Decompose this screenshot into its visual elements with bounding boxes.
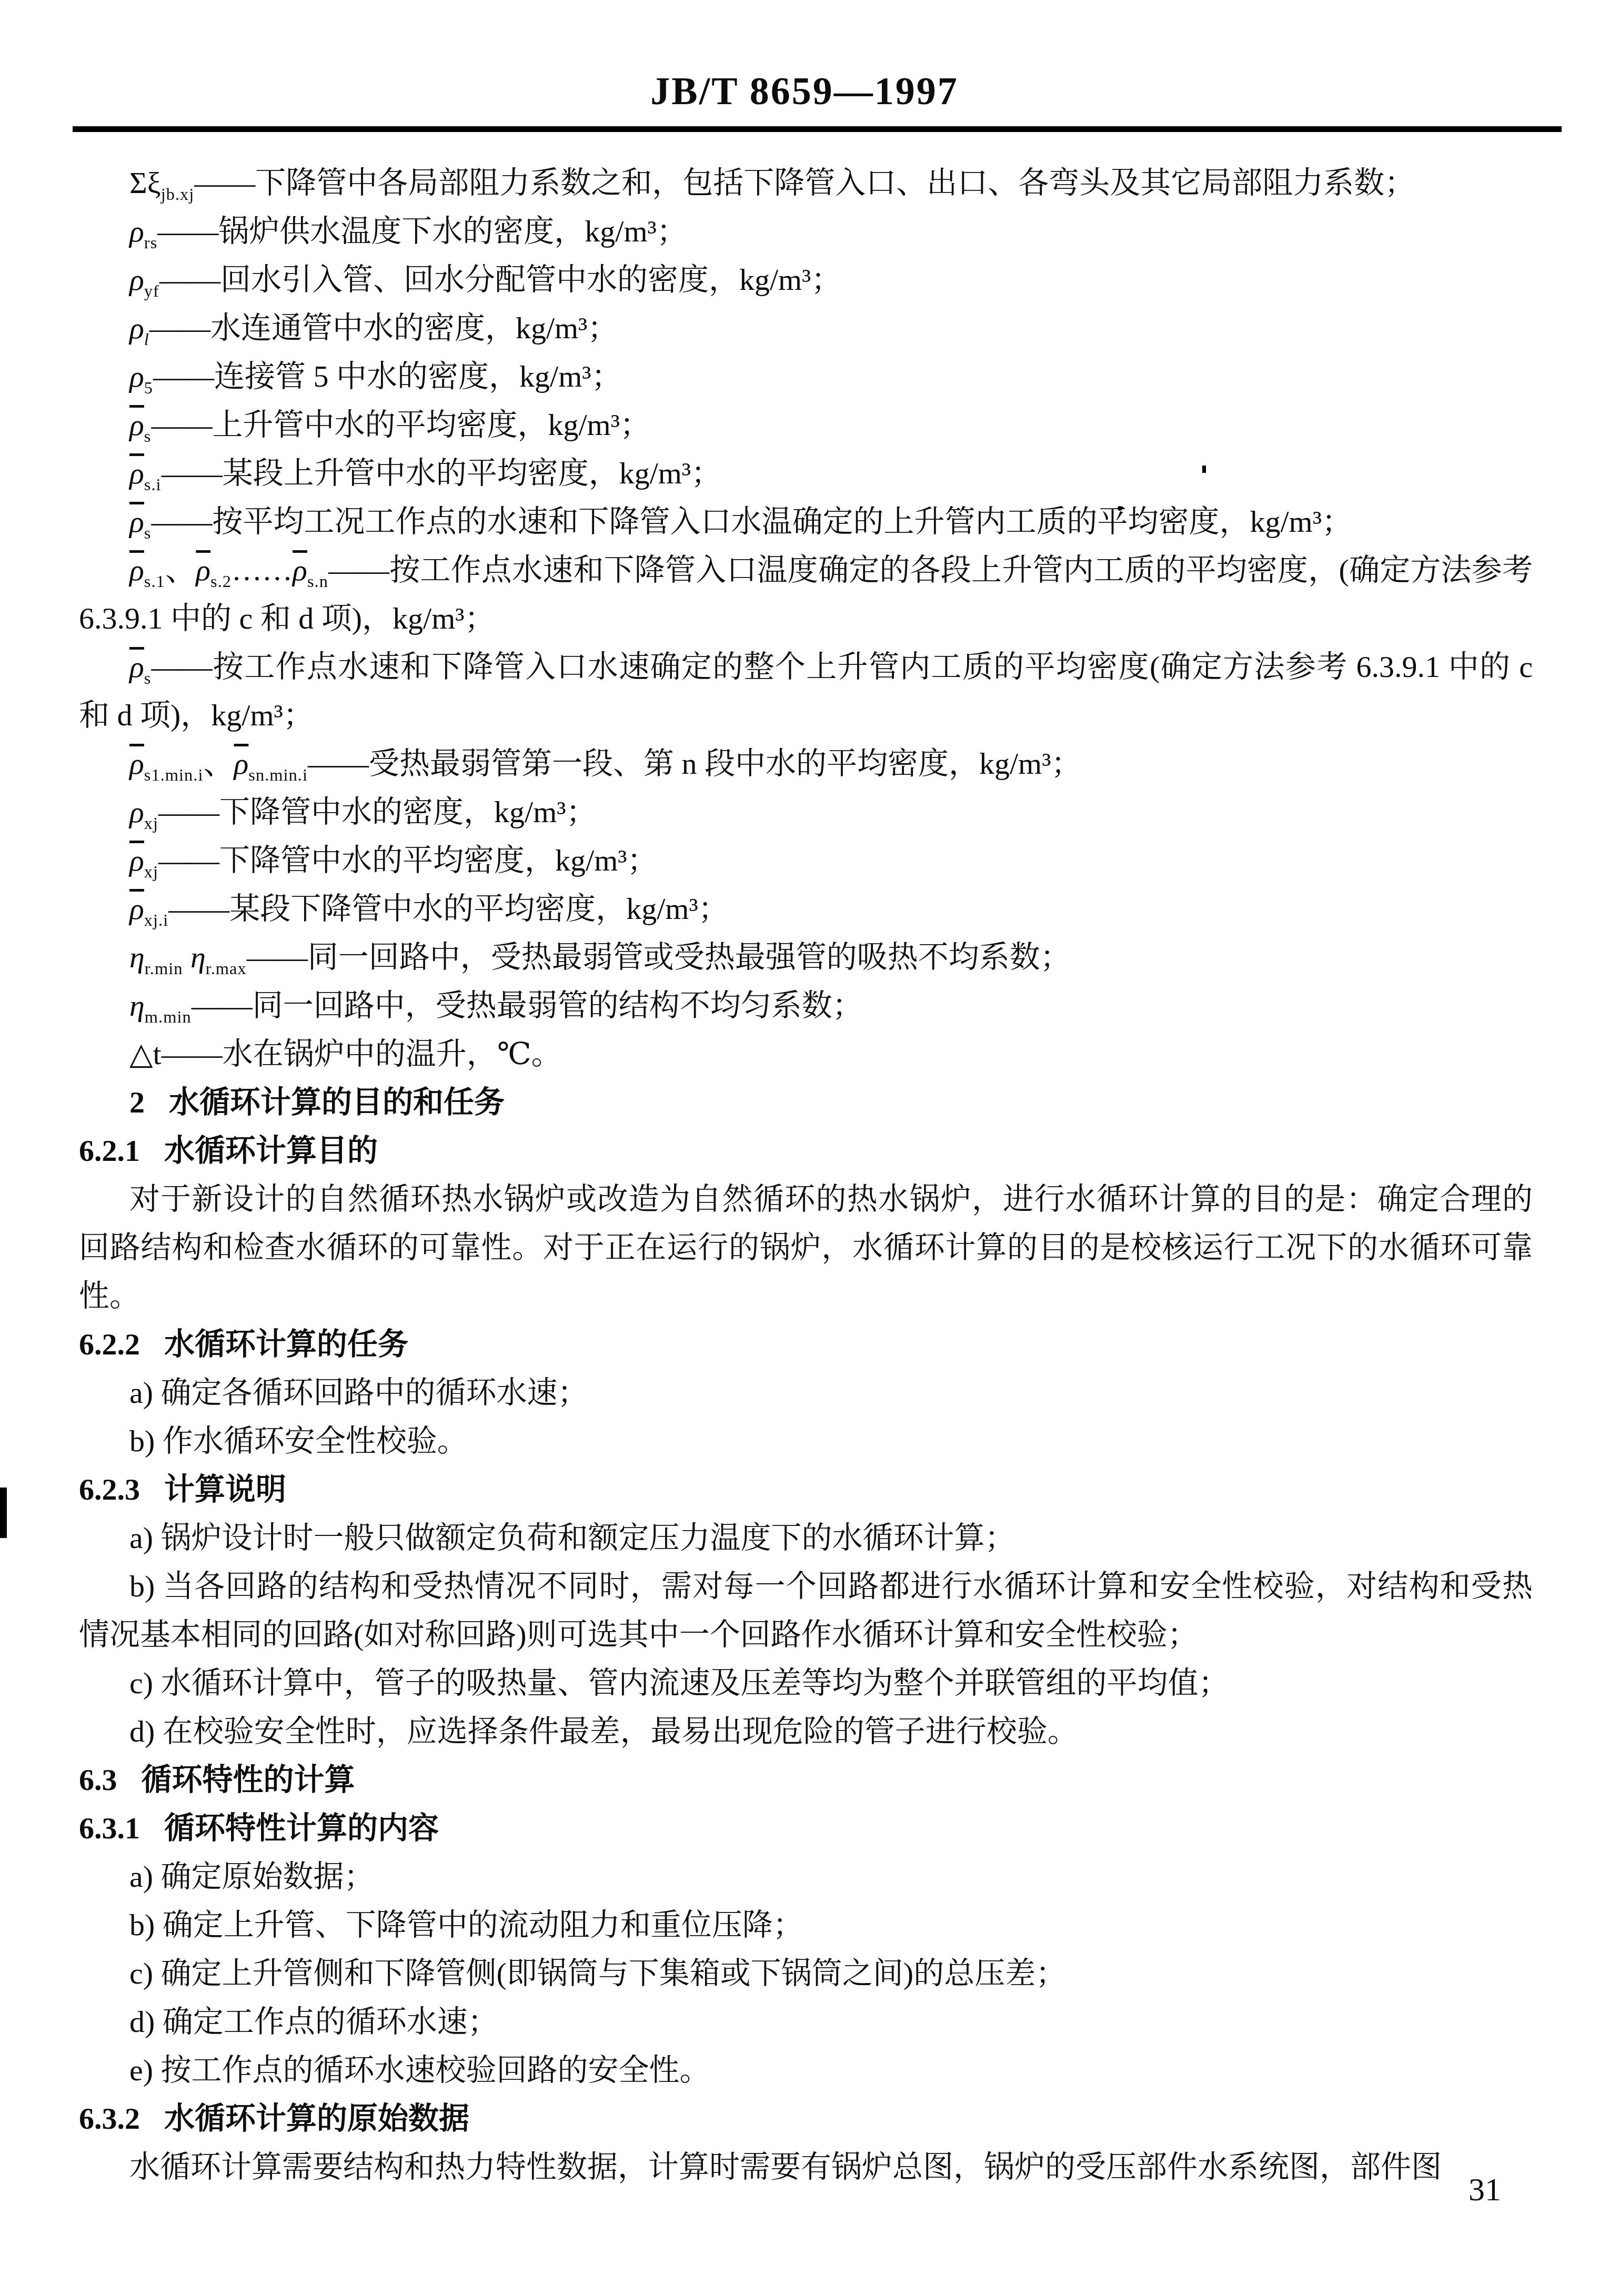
paragraph: a) 确定原始数据； (79, 1853, 1533, 1901)
symbol-part: η (190, 940, 206, 974)
definition-text: ——锅炉供水温度下水的密度，kg/m³； (157, 214, 687, 248)
symbol-part: ρ (129, 553, 144, 587)
definition-item: ρrs——锅炉供水温度下水的密度，kg/m³； (79, 207, 1533, 256)
symbol-part: △t (129, 1037, 162, 1071)
definition-item: ρxj——下降管中水的密度，kg/m³； (79, 788, 1533, 836)
symbol-part: s (144, 427, 152, 446)
definition-text: ——回水引入管、回水分配管中水的密度，kg/m³； (159, 262, 842, 297)
section-number: 2 (129, 1085, 145, 1119)
symbol-part: yf (144, 282, 159, 301)
definition-item: ηm.min——同一回路中，受热最弱管的结构不均匀系数； (79, 982, 1533, 1030)
symbol: ρyf (129, 262, 159, 297)
symbol-part: s.i (144, 476, 162, 494)
definition-text: ——按工作点水速和下降管入口水速确定的整个上升管内工质的平均密度(确定方法参考 … (79, 650, 1533, 732)
paragraph: 水循环计算需要结构和热力特性数据，计算时需要有锅炉总图，锅炉的受压部件水系统图，… (79, 2143, 1533, 2191)
definition-text: ——水连通管中水的密度，kg/m³； (149, 311, 618, 345)
symbol: ηm.min (129, 988, 192, 1023)
document-body: Σξjb.xj——下降管中各局部阻力系数之和，包括下降管入口、出口、各弯头及其它… (79, 159, 1533, 2191)
definition-item: ρxj.i——某段下降管中水的平均密度，kg/m³； (79, 885, 1533, 933)
symbol: △t (129, 1037, 162, 1071)
symbol-part: r.max (206, 959, 247, 978)
definition-item: ρs.i——某段上升管中水的平均密度，kg/m³； (79, 449, 1533, 498)
definition-item: △t——水在锅炉中的温升，℃。 (79, 1030, 1533, 1078)
symbol: Σξjb.xj (129, 166, 194, 200)
section-number: 6.2.2 (79, 1327, 140, 1361)
paragraph: e) 按工作点的循环水速校验回路的安全性。 (79, 2046, 1533, 2095)
symbol-part: ρ (196, 553, 210, 587)
symbol: ρs (129, 650, 151, 684)
symbol-part (183, 940, 190, 974)
section-number: 6.3 (79, 1763, 117, 1797)
section-title: 计算说明 (164, 1472, 286, 1506)
paragraph: a) 确定各循环回路中的循环水速； (79, 1369, 1533, 1417)
symbol: ηr.min ηr.max (129, 940, 247, 974)
symbol-part: ρ (129, 504, 144, 539)
definition-text: ——某段下降管中水的平均密度，kg/m³； (168, 892, 729, 926)
section-heading: 2水循环计算的目的和任务 (79, 1078, 1533, 1127)
symbol: ρs (129, 504, 151, 539)
symbol-part: s (144, 669, 152, 688)
symbol-part: jb.xj (161, 185, 195, 204)
header-rule (73, 126, 1562, 132)
section-number: 6.2.1 (79, 1134, 140, 1168)
section-number: 6.3.1 (79, 1811, 140, 1845)
section-title: 水循环计算的目的和任务 (169, 1085, 505, 1119)
paragraph: c) 确定上升管侧和下降管侧(即锅筒与下集箱或下锅筒之间)的总压差； (79, 1949, 1533, 1998)
section-heading: 6.3循环特性的计算 (79, 1756, 1533, 1804)
section-heading: 6.2.3计算说明 (79, 1465, 1533, 1514)
symbol-part: sn.min.i (248, 766, 308, 785)
symbol-part: ρ (234, 746, 249, 781)
document-page: JB/T 8659—1997 Σξjb.xj——下降管中各局部阻力系数之和，包括… (0, 0, 1609, 2296)
symbol-part: rs (144, 234, 157, 252)
symbol-part: s.n (307, 572, 328, 591)
page-number: 31 (1469, 2171, 1501, 2209)
section-number: 6.3.2 (79, 2101, 140, 2136)
symbol-part: ρ (129, 650, 144, 684)
section-heading: 6.2.2水循环计算的任务 (79, 1320, 1533, 1369)
definition-text: ——下降管中各局部阻力系数之和，包括下降管入口、出口、各弯头及其它局部阻力系数； (194, 166, 1415, 200)
symbol: ρ5 (129, 359, 153, 393)
definition-item: ηr.min ηr.max——同一回路中，受热最弱管或受热最强管的吸热不均系数； (79, 933, 1533, 982)
symbol: ρxj.i (129, 892, 168, 926)
symbol: ρl (129, 311, 149, 345)
symbol: ρs (129, 408, 151, 442)
definition-item: Σξjb.xj——下降管中各局部阻力系数之和，包括下降管入口、出口、各弯头及其它… (79, 159, 1533, 207)
symbol: ρxj (129, 795, 158, 829)
symbol-part: s.1 (144, 572, 165, 591)
symbol-part: 、 (203, 746, 234, 781)
section-heading: 6.3.2水循环计算的原始数据 (79, 2095, 1533, 2143)
symbol-part: η (129, 988, 145, 1023)
definition-text: ——某段上升管中水的平均密度，kg/m³； (162, 456, 722, 490)
section-number: 6.2.3 (79, 1472, 140, 1506)
section-heading: 6.3.1循环特性计算的内容 (79, 1804, 1533, 1853)
symbol: ρxj (129, 843, 158, 877)
symbol-part: …… (232, 553, 293, 587)
symbol: ρs1.min.i、ρsn.min.i (129, 746, 308, 781)
symbol-part: ρ (293, 553, 307, 587)
definition-item: ρs——上升管中水的平均密度，kg/m³； (79, 401, 1533, 449)
definition-item: ρxj——下降管中水的平均密度，kg/m³； (79, 836, 1533, 885)
symbol-part: ρ (129, 311, 144, 345)
symbol-part: ρ (129, 843, 144, 877)
paragraph: b) 确定上升管、下降管中的流动阻力和重位压降； (79, 1901, 1533, 1949)
symbol: ρs.i (129, 456, 162, 490)
symbol-part: Σξ (129, 166, 161, 200)
definition-item: ρs——按平均工况工作点的水速和下降管入口水温确定的上升管内工质的平均密度，kg… (79, 498, 1533, 546)
section-title: 循环特性的计算 (142, 1763, 355, 1797)
section-heading: 6.2.1水循环计算目的 (79, 1127, 1533, 1175)
symbol-part: ρ (129, 214, 144, 248)
definition-text: ——水在锅炉中的温升，℃。 (162, 1037, 562, 1071)
symbol: ρs.1、ρs.2……ρs.n (129, 553, 328, 587)
definition-item: ρs.1、ρs.2……ρs.n——按工作点水速和下降管入口温度确定的各段上升管内… (79, 546, 1533, 643)
paragraph: 对于新设计的自然循环热水锅炉或改造为自然循环的热水锅炉，进行水循环计算的目的是：… (79, 1175, 1533, 1320)
section-title: 循环特性计算的内容 (164, 1811, 439, 1845)
definition-text: ——按平均工况工作点的水速和下降管入口水温确定的上升管内工质的平均密度，kg/m… (151, 504, 1352, 539)
symbol-part: xj.i (144, 911, 168, 930)
section-title: 水循环计算的任务 (164, 1327, 408, 1361)
symbol: ρrs (129, 214, 157, 248)
symbol-part: l (144, 330, 149, 349)
definition-item: ρs1.min.i、ρsn.min.i——受热最弱管第一段、第 n 段中水的平均… (79, 740, 1533, 788)
paragraph: d) 确定工作点的循环水速； (79, 1998, 1533, 2046)
section-title: 水循环计算目的 (164, 1134, 378, 1168)
symbol-part: ρ (129, 262, 144, 297)
symbol-part: xj (144, 814, 158, 833)
paragraph: b) 当各回路的结构和受热情况不同时，需对每一个回路都进行水循环计算和安全性校验… (79, 1562, 1533, 1659)
symbol-part: xj (144, 863, 158, 882)
definition-text: ——下降管中水的密度，kg/m³； (158, 795, 597, 829)
paragraph: b) 作水循环安全性校验。 (79, 1417, 1533, 1465)
scan-edge-artifact (0, 1488, 7, 1538)
symbol-part: ρ (129, 892, 144, 926)
symbol-part: 5 (144, 379, 153, 398)
definition-text: ——连接管 5 中水的密度，kg/m³； (153, 359, 622, 393)
definition-text: ——受热最弱管第一段、第 n 段中水的平均密度，kg/m³； (308, 746, 1082, 781)
paragraph: d) 在校验安全性时，应选择条件最差，最易出现危险的管子进行校验。 (79, 1707, 1533, 1756)
definition-item: ρl——水连通管中水的密度，kg/m³； (79, 304, 1533, 352)
section-title: 水循环计算的原始数据 (164, 2101, 469, 2136)
symbol-part: s (144, 524, 152, 543)
definition-item: ρ5——连接管 5 中水的密度，kg/m³； (79, 352, 1533, 401)
standard-code: JB/T 8659—1997 (0, 69, 1609, 114)
symbol-part: η (129, 940, 145, 974)
definition-item: ρs——按工作点水速和下降管入口水速确定的整个上升管内工质的平均密度(确定方法参… (79, 643, 1533, 740)
definition-text: ——同一回路中，受热最弱管的结构不均匀系数； (192, 988, 863, 1023)
symbol-part: ρ (129, 408, 144, 442)
symbol-part: 、 (165, 553, 196, 587)
symbol-part: m.min (145, 1008, 192, 1027)
paragraph: c) 水循环计算中，管子的吸热量、管内流速及压差等均为整个并联管组的平均值； (79, 1659, 1533, 1707)
symbol-part: r.min (145, 959, 183, 978)
definition-text: ——上升管中水的平均密度，kg/m³； (151, 408, 650, 442)
scan-speck (1118, 506, 1122, 511)
symbol-part: s.2 (210, 572, 232, 591)
symbol-part: s1.min.i (144, 766, 204, 785)
symbol-part: ρ (129, 359, 144, 393)
definition-text: ——同一回路中，受热最弱管或受热最强管的吸热不均系数； (247, 940, 1071, 974)
symbol-part: ρ (129, 746, 144, 781)
paragraph: a) 锅炉设计时一般只做额定负荷和额定压力温度下的水循环计算； (79, 1514, 1533, 1562)
definition-item: ρyf——回水引入管、回水分配管中水的密度，kg/m³； (79, 256, 1533, 304)
scan-speck (1202, 466, 1206, 473)
definition-text: ——下降管中水的平均密度，kg/m³； (158, 843, 658, 877)
symbol-part: ρ (129, 795, 144, 829)
symbol-part: ρ (129, 456, 144, 490)
